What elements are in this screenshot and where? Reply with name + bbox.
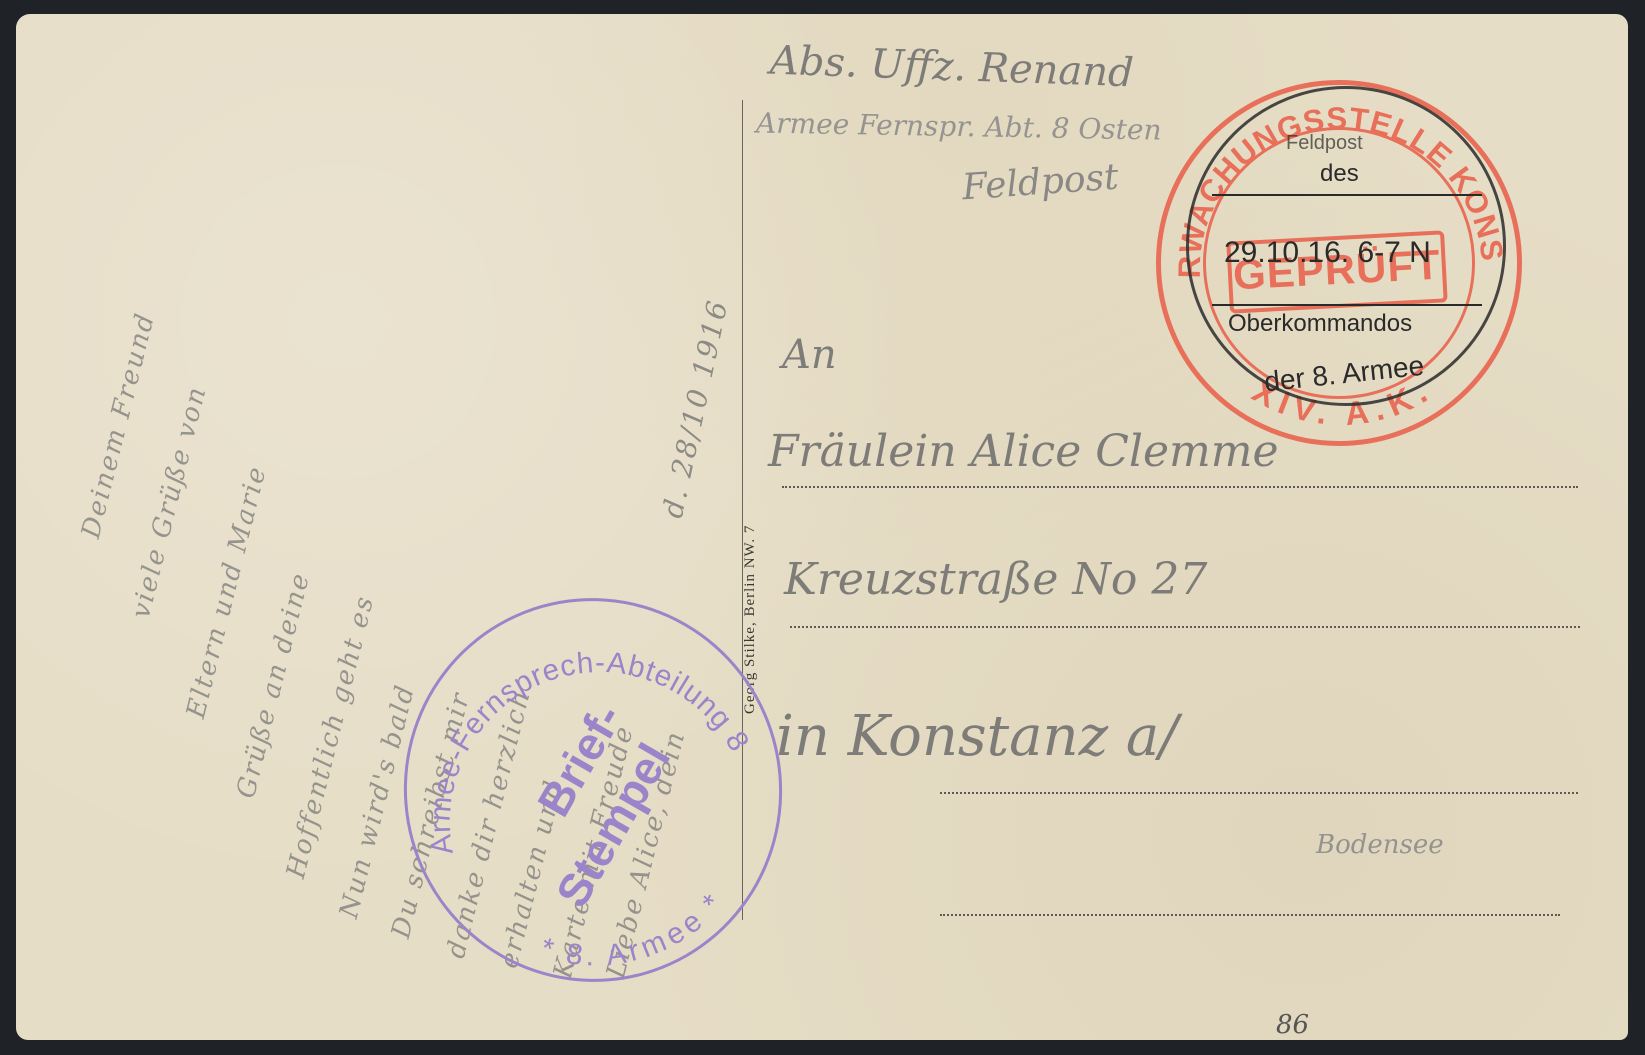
postmark-top-text: Feldpost	[1286, 132, 1363, 155]
postmark-bar-top	[1212, 194, 1482, 196]
sender-line-2: Armee Fernspr. Abt. 8 Osten	[756, 106, 1162, 146]
salutation-an: An	[782, 332, 837, 378]
date-written: d. 28/10 1916	[656, 296, 735, 521]
message-line: Deinem Freund	[76, 309, 161, 541]
unit-seal-stamp: Armee-Fernsprech-Abteilung 8 * 8. Armee …	[374, 568, 813, 1012]
recipient-street: Kreuzstraße No 27	[784, 554, 1207, 605]
sender-line-1: Abs. Uffz. Renand	[769, 38, 1134, 97]
postcard: Deinem Freund viele Grüße von Eltern und…	[16, 14, 1628, 1040]
postmark-bar-bottom	[1212, 304, 1482, 306]
sender-line-3: Feldpost	[961, 157, 1120, 209]
recipient-city: in Konstanz a/	[776, 704, 1178, 769]
address-line-1	[782, 486, 1578, 488]
postmark-des: des	[1320, 160, 1359, 188]
recipient-region: Bodensee	[1316, 830, 1444, 860]
postmark-date: 29.10.16. 6-7 N	[1224, 236, 1431, 270]
address-line-2	[790, 626, 1580, 628]
archive-number: 86	[1276, 1010, 1309, 1040]
message-line: viele Grüße von	[126, 383, 213, 622]
postmark-oberkommandos: Oberkommandos	[1228, 310, 1412, 338]
address-line-3	[940, 792, 1578, 794]
recipient-name: Fräulein Alice Clemme	[768, 426, 1279, 477]
address-line-4	[940, 914, 1560, 916]
message-line: Grüße an deine	[231, 569, 316, 801]
